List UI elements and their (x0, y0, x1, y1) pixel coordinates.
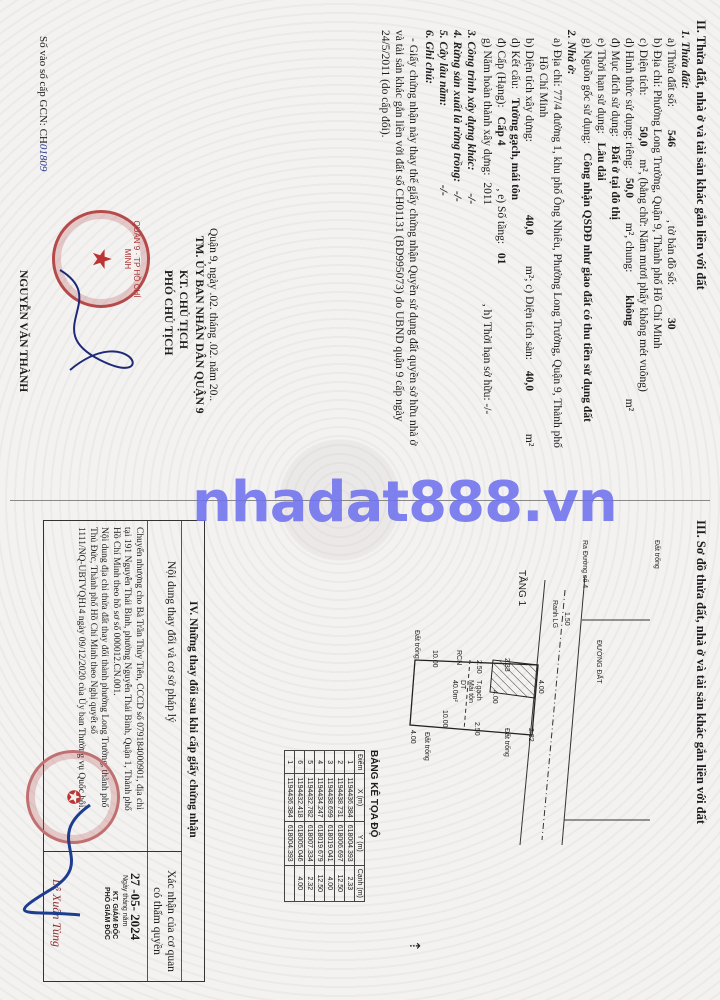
coord-header: Y (m) (355, 821, 365, 865)
street-label: Ra Đường số 4 (580, 540, 588, 588)
certificate-sheet: II. Thửa đất, nhà ở và tài sản khác gắn … (0, 0, 720, 1000)
register-number: Số vào sổ cấp GCN: CH01809 (36, 36, 50, 171)
land-address: b) Địa chỉ: Phường Long Trường, Quận 9, … (650, 38, 664, 349)
structure-row: d) Kết cấu: Tường gạch, mái tôn (508, 38, 522, 200)
house-label-4: 40.0m² (450, 680, 458, 702)
official-signature (30, 260, 140, 380)
dim-inner: 4.00 (490, 690, 498, 704)
coord-table-title: BẢNG KÊ TỌA ĐỘ (366, 750, 380, 837)
change-entry-line: tại 191 Nguyễn Thái Bình, phường Nguyễn … (121, 527, 133, 811)
dim-back: 4.00 (408, 730, 416, 744)
confirm-date: 27 -05- 2024 (128, 873, 142, 940)
floor-label: TẦNG 1 (517, 570, 525, 606)
divider (147, 521, 148, 981)
coordinate-table: ĐiểmX (m)Y (m)Cạnh (m) 11194436.38461800… (284, 750, 365, 902)
road-label: ĐƯỜNG ĐẤT (594, 640, 602, 683)
signing-place-date: Quận 9, ngày .02. tháng .02. năm 20.. (206, 228, 220, 401)
signing-for-chair: KT. CHỦ TỊCH (176, 270, 190, 349)
dim-long-b: 10.00 (430, 650, 438, 668)
house-address-1: a) Địa chỉ: 77/4 đường 1, khu phố Ông Nh… (550, 38, 564, 448)
parcel-number: 546 (665, 130, 677, 147)
term-row: e) Thời hạn sử dụng: Lâu dài (594, 38, 608, 181)
table-row: 41194434.247618019.67912.50 (315, 751, 325, 902)
roadside-label: Ranh LG (550, 600, 558, 628)
corridor-label: RCN (454, 650, 462, 665)
coord-header: X (m) (355, 774, 365, 821)
year-row: g) Năm hoàn thành xây dựng: 2011 , h) Th… (480, 38, 494, 414)
other-works-row: 3. Công trình xây dựng khác: -/- (464, 30, 478, 204)
notes-line-3: 24/5/2011 (do cấp đổi). (378, 30, 392, 138)
section-4-title: IV. Những thay đổi sau khi cấp giấy chứn… (186, 601, 200, 838)
house-label-1: T.gạch (474, 680, 482, 701)
land-heading: 1. Thửa đất: (678, 30, 692, 89)
signing-position: PHÓ CHỦ TỊCH (161, 270, 175, 355)
confirm-for: KT. GIÁM ĐỐC (110, 891, 118, 939)
change-entry-line: Chuyển nhượng cho Bà Trần Thùy Tiên, CCC… (133, 527, 145, 811)
dim-side-a: 2.33 (502, 658, 510, 672)
section-2-panel: II. Thửa đất, nhà ở và tài sản khác gắn … (0, 0, 720, 500)
coord-header: Cạnh (m) (355, 865, 365, 901)
table-row: 11194436.384618004.3932.33 (345, 751, 355, 902)
dim-long-a: 10.00 (440, 710, 448, 728)
notes-heading: 6. Ghi chú: (422, 30, 436, 84)
confirm-signature (20, 800, 110, 920)
table-row: 21194438.731618006.69712.50 (335, 751, 345, 902)
parcel-row: a) Thửa đất số: 546 , tờ bản đồ số: 30 (664, 38, 678, 330)
house-label-2: Mái tôn (466, 680, 474, 703)
signer-name: NGUYỄN VĂN THÀNH (16, 270, 30, 392)
coord-header: Điểm (355, 751, 365, 774)
change-entry-line: Hồ Chí Minh theo hồ sơ số 000012.CN.001. (110, 527, 122, 811)
purpose-row: đ) Mục đích sử dụng: Đất ở tại đô thị (608, 38, 622, 220)
empty-land-label-2: Đất trống (502, 728, 510, 757)
house-label-3: DT (458, 680, 466, 689)
grade-row: đ) Cấp (Hạng): Cấp 4 , e) Số tầng: 01 (494, 38, 508, 264)
dim-front: 4.00 (536, 680, 544, 694)
table-row: 61194432.418618005.0464.00 (295, 751, 305, 902)
table-row: 11194436.384618004.393 (285, 751, 295, 902)
map-sheet-number: 30 (665, 318, 677, 330)
dim-setback-b: 2.50 (472, 722, 480, 736)
area-row: c) Diện tích: 50,0 m², (bằng chữ: Năm mư… (636, 38, 650, 392)
dim-road-margin: 1.50 (562, 612, 570, 626)
use-form-row: d) Hình thức sử dụng: riêng: 50,0 m², ch… (622, 38, 636, 411)
house-address-2: Hồ Chí Minh (536, 56, 550, 117)
col-changes-header: Nội dung thay đổi và cơ sở pháp lý (164, 561, 178, 723)
empty-land-label-4: Đất trống (422, 732, 430, 761)
notes-line-1: - Giấy chứng nhận này thay thế giấy chứn… (406, 38, 420, 446)
table-row: 51194432.782618007.3342.32 (305, 751, 315, 902)
section-3-4-panel: III. Sơ đồ thửa đất, nhà ở và tài sản kh… (0, 500, 720, 1000)
section-3-title: III. Sơ đồ thửa đất, nhà ở và tài sản kh… (694, 520, 708, 824)
north-arrow-icon: ⇡ (406, 940, 420, 952)
dim-side-b: 2.32 (526, 728, 534, 742)
dim-setback-a: 2.50 (474, 660, 482, 674)
col-confirm-header: Xác nhận của cơ quan có thẩm quyền (150, 866, 178, 976)
section-2-title: II. Thửa đất, nhà ở và tài sản khác gắn … (694, 20, 708, 290)
house-heading: 2. Nhà ở: (564, 30, 578, 75)
built-area-row: b) Diện tích xây dựng: 40,0 m²; c) Diện … (522, 38, 536, 446)
divider (181, 521, 182, 981)
notes-line-2: và tài sản khác gắn liền với đất số CH01… (392, 30, 406, 421)
forest-row: 4. Rừng sản xuất là rừng trồng: -/- (450, 30, 464, 202)
empty-land-label-3: Đất trống (412, 630, 420, 659)
origin-row: g) Nguồn gốc sử dụng: Công nhận QSDĐ như… (580, 38, 594, 422)
confirm-date-labels: Ngày tháng năm (120, 875, 128, 926)
perennial-row: 5. Cây lâu năm: -/- (436, 30, 450, 196)
empty-land-label-1: Đất trống (652, 540, 660, 569)
signing-org: TM. ỦY BAN NHÂN DÂN QUẬN 9 (192, 236, 206, 414)
land-area: 50,0 (637, 126, 649, 146)
table-row: 31194438.699618019.0414.00 (325, 751, 335, 902)
